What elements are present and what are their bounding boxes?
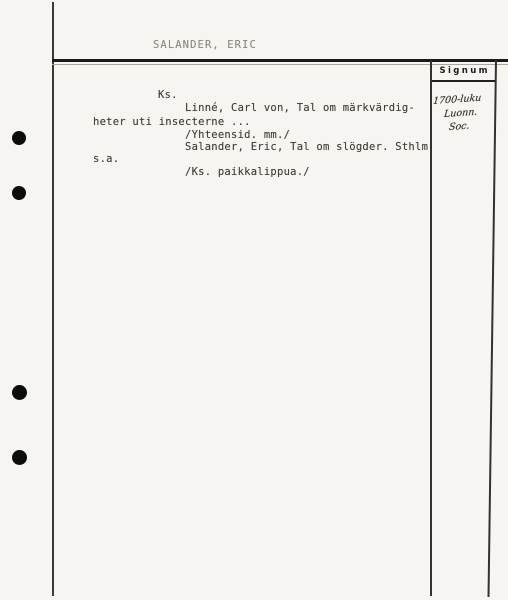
body-text-line: Linné, Carl von, Tal om märkvärdig- <box>185 102 415 114</box>
signum-column-right-border <box>488 60 497 597</box>
body-text-line: Salander, Eric, Tal om slögder. Sthlm <box>185 141 428 153</box>
body-text-line: s.a. <box>93 153 119 165</box>
punch-hole-mark <box>12 131 26 145</box>
signum-handwritten-note-line: Luonn. <box>443 107 477 120</box>
signum-label: Signum <box>437 66 490 76</box>
body-text-line: /Yhteensid. mm./ <box>185 129 290 141</box>
body-text-line: heter uti insecterne ... <box>93 116 251 128</box>
library-catalog-card-scan: Signum 1700-luku Luonn. Soc. SALANDER, E… <box>0 0 508 600</box>
body-text-line: /Ks. paikkalippua./ <box>185 166 310 178</box>
punch-hole-mark <box>12 450 27 465</box>
signum-handwritten-note-line: Soc. <box>448 121 470 134</box>
card-heading: SALANDER, ERIC <box>153 39 257 51</box>
signum-label-box: Signum <box>432 62 495 82</box>
scan-edge-artifact <box>0 0 508 4</box>
left-margin-rule <box>52 2 54 596</box>
punch-hole-mark <box>12 186 26 200</box>
signum-column-left-border <box>430 60 432 596</box>
body-text-line: Ks. <box>158 89 178 101</box>
signum-handwritten-note-line: 1700-luku <box>432 93 481 107</box>
punch-hole-mark <box>12 385 27 400</box>
